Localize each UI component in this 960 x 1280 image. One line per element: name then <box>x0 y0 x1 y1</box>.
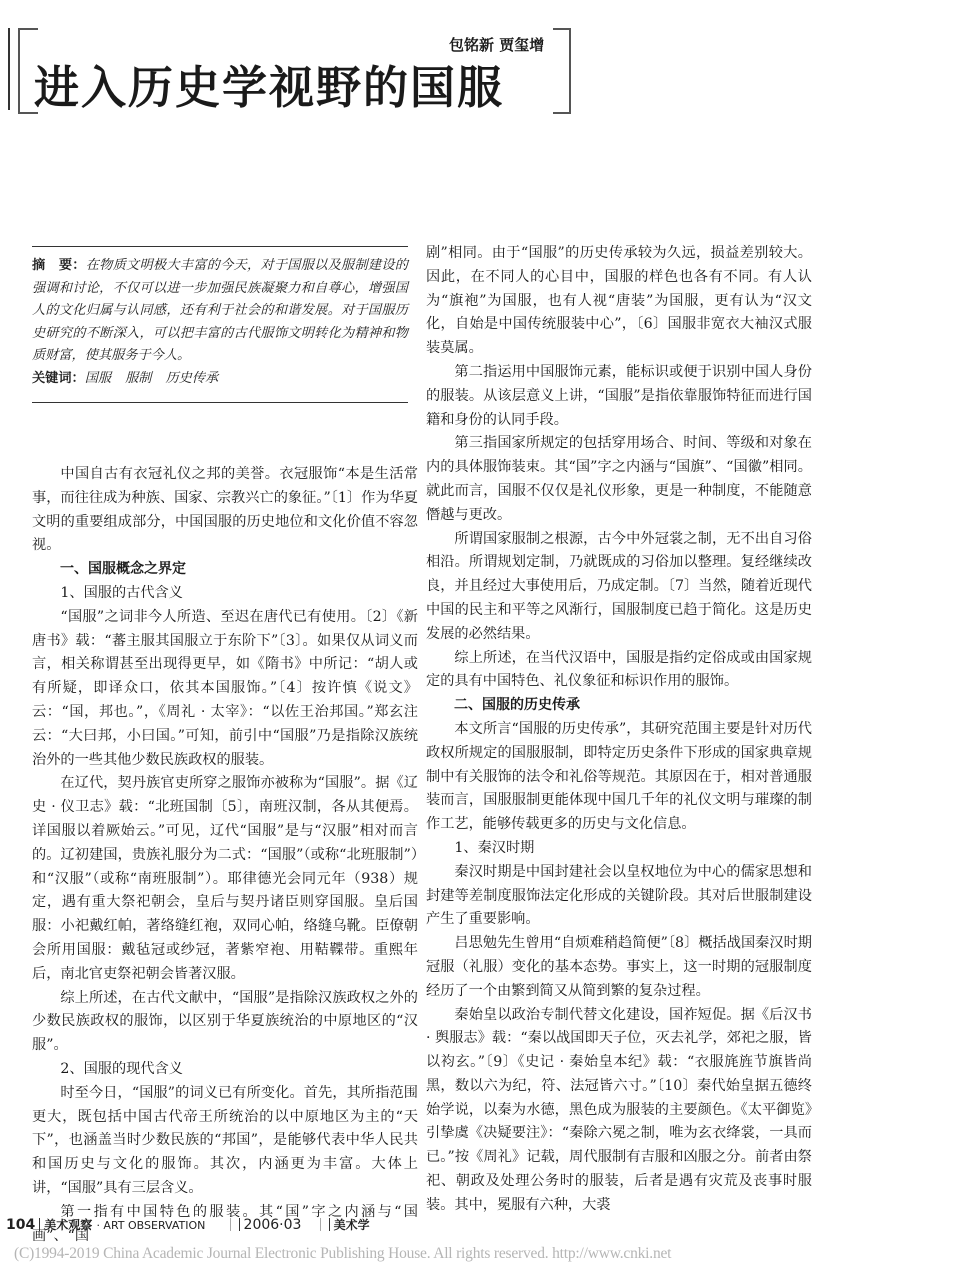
paragraph: 中国自古有衣冠礼仪之邦的美誉。衣冠服饰“本是生活常事，而往往成为种族、国家、宗教… <box>32 463 418 558</box>
keywords-label: 关键词： <box>32 371 85 386</box>
journal-name-en: · ART OBSERVATION <box>96 1219 205 1232</box>
abstract-top-rule <box>32 246 408 247</box>
keyword: 国服 <box>85 371 111 386</box>
issue-number: 2006·03 <box>244 1217 302 1233</box>
divider <box>320 1218 321 1231</box>
abstract-label: 摘 要： <box>32 258 86 273</box>
subsection-heading: 1、国服的古代含义 <box>32 582 418 606</box>
paragraph: 综上所述，在古代文献中，“国服”是指除汉族政权之外的少数民族政权的服饰，以区别于… <box>32 987 418 1058</box>
paragraph: 本文所言“国服的历史传承”，其研究范围主要是针对历代政权所规定的国服服制，即特定… <box>426 718 812 837</box>
divider <box>39 1218 40 1231</box>
paragraph: 秦汉时期是中国封建社会以皇权地位为中心的儒家思想和封建等差制度服饰法定化形成的关… <box>426 861 812 932</box>
paragraph: 吕思勉先生曾用“自烦难稍趋简便”〔8〕概括战国秦汉时期冠服（礼服）变化的基本态势… <box>426 932 812 1003</box>
divider <box>230 1218 231 1231</box>
section-name: 美术学 <box>334 1218 370 1232</box>
copyright-notice: (C)1994-2019 China Academic Journal Elec… <box>14 1245 671 1263</box>
paragraph: 时至今日，“国服”的词义已有所变化。首先，其所指范围更大，既包括中国古代帝王所统… <box>32 1082 418 1201</box>
abstract-section: 摘 要：在物质文明极大丰富的今天，对于国服以及服制建设的强调和讨论，不仅可以进一… <box>32 246 408 403</box>
paragraph: “国服”之词非今人所造、至迟在唐代已有使用。〔2〕《新唐书》载：“蕃主服其国服立… <box>32 606 418 773</box>
paragraph: 秦始皇以政治专制代替文化建设，国祚短促。据《后汉书 · 舆服志》载：“秦以战国即… <box>426 1004 812 1218</box>
keyword: 服制 <box>125 371 151 386</box>
article-title: 进入历史学视野的国服 <box>34 60 504 116</box>
paragraph-continued: 剧”相同。由于“国服”的历史传承较为久远，损益差别较大。因此，在不同人的心目中，… <box>426 242 812 361</box>
bracket-left-outer <box>0 28 10 110</box>
abstract: 摘 要：在物质文明极大丰富的今天，对于国服以及服制建设的强调和讨论，不仅可以进一… <box>32 255 408 368</box>
abstract-bottom-rule <box>32 402 408 403</box>
section-heading: 二、国服的历史传承 <box>426 694 812 718</box>
bracket-right <box>553 28 571 114</box>
divider <box>239 1218 240 1231</box>
section-heading: 一、国服概念之界定 <box>32 558 418 582</box>
divider <box>329 1218 330 1231</box>
abstract-text: 在物质文明极大丰富的今天，对于国服以及服制建设的强调和讨论，不仅可以进一步加强民… <box>32 258 408 363</box>
paragraph: 在辽代，契丹族官吏所穿之服饰亦被称为“国服”。据《辽史 · 仪卫志》载：“北班国… <box>32 772 418 986</box>
subsection-heading: 1、秦汉时期 <box>426 837 812 861</box>
paragraph: 第三指国家所规定的包括穿用场合、时间、等级和对象在内的具体服饰装束。其“国”字之… <box>426 432 812 527</box>
article-authors: 包铭新 贾玺增 <box>449 34 544 55</box>
paragraph: 第二指运用中国服饰元素，能标识或便于识别中国人身份的服装。从该层意义上讲，“国服… <box>426 361 812 432</box>
page-number: 104 <box>6 1217 35 1233</box>
page-footer: 104美术观察 · ART OBSERVATION 2006·03 美术学 <box>6 1216 370 1233</box>
right-column: 剧”相同。由于“国服”的历史传承较为久远，损益差别较大。因此，在不同人的心目中，… <box>426 242 812 1218</box>
journal-name-cn: 美术观察 <box>44 1218 92 1232</box>
left-column: 中国自古有衣冠礼仪之邦的美誉。衣冠服饰“本是生活常事，而往往成为种族、国家、宗教… <box>32 463 418 1248</box>
subsection-heading: 2、国服的现代含义 <box>32 1058 418 1082</box>
paragraph: 综上所述，在当代汉语中，国服是指约定俗成或由国家规定的具有中国特色、礼仪象征和标… <box>426 647 812 695</box>
keywords: 关键词：国服服制历史传承 <box>32 368 408 391</box>
paragraph: 所谓国家服制之根源，古今中外冠裳之制，无不出自习俗相沿。所谓规划定制，乃就既成的… <box>426 528 812 647</box>
keyword: 历史传承 <box>166 371 219 386</box>
